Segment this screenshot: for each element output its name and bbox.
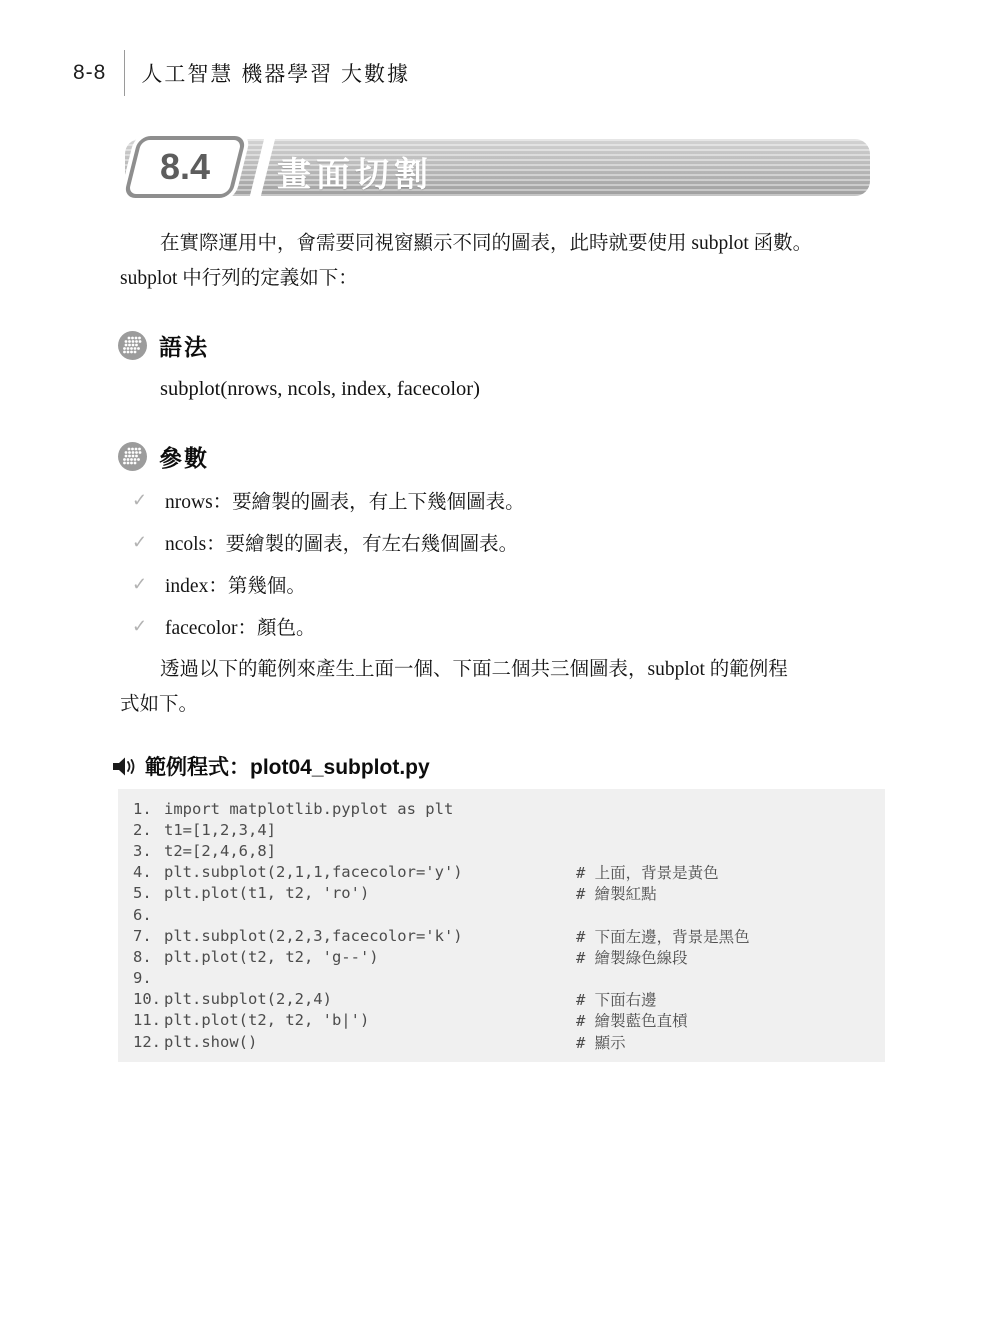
code-comment: # 上面，背景是黃色 [576,861,719,883]
code-comment: # 下面右邊 [576,988,657,1010]
code-line: 10. plt.subplot(2,2,4) # 下面右邊 [118,989,885,1010]
code-line-number: 7. [118,927,164,945]
code-line: 6. [118,904,885,925]
code-line-number: 8. [118,948,164,966]
code-line-number: 5. [118,884,164,902]
code-line-number: 11. [118,1011,164,1029]
param-text: facecolor：顏色。 [165,612,316,640]
param-text: index：第幾個。 [165,570,306,598]
code-line-number: 4. [118,863,164,881]
book-title: 人工智慧 機器學習 大數據 [141,58,410,88]
scroll-dots-icon [117,330,148,361]
code-line-number: 2. [118,821,164,839]
code-text: plt.subplot(2,1,1,facecolor='y') [164,863,463,881]
section-banner-slash [249,136,276,199]
example-label-text: 範例程式：plot04_subplot.py [145,751,430,781]
check-icon: ✓ [132,490,165,511]
code-text: plt.show() [164,1033,257,1051]
section-banner: 8.4 畫面切割 [125,139,870,196]
syntax-heading: 語法 [117,329,209,362]
paragraph-line: 在實際運用中，會需要同視窗顯示不同的圖表，此時就要使用 subplot 函數。 [120,226,892,261]
section-number: 8.4 [160,146,210,188]
code-line-number: 1. [118,800,164,818]
header-divider [124,50,125,96]
code-text: plt.plot(t2, t2, 'b|') [164,1011,369,1029]
check-icon: ✓ [132,574,165,595]
code-line: 11. plt.plot(t2, t2, 'b|') # 繪製藍色直槓 [118,1010,885,1031]
param-text: nrows：要繪製的圖表，有上下幾個圖表。 [165,486,525,514]
code-comment: # 繪製藍色直槓 [576,1009,688,1031]
code-line-number: 12. [118,1033,164,1051]
scroll-dots-icon [117,441,148,472]
params-list: ✓ nrows：要繪製的圖表，有上下幾個圖表。 ✓ ncols：要繪製的圖表，有… [132,479,525,647]
paragraph-line: 透過以下的範例來產生上面一個、下面二個共三個圖表，subplot 的範例程 [120,652,892,687]
code-line-number: 6. [118,906,164,924]
section-title: 畫面切割 [277,147,433,196]
params-heading: 參數 [117,440,209,473]
page-header: 8-8 人工智慧 機器學習 大數據 [73,50,410,96]
code-text: plt.subplot(2,2,3,facecolor='k') [164,927,463,945]
paragraph-line: 式如下。 [120,687,892,722]
param-item: ✓ nrows：要繪製的圖表，有上下幾個圖表。 [132,479,525,521]
code-comment: # 顯示 [576,1031,626,1053]
syntax-signature: subplot(nrows, ncols, index, facecolor) [160,378,480,401]
code-text: t1=[1,2,3,4] [164,821,276,839]
code-text: t2=[2,4,6,8] [164,842,276,860]
code-text: plt.subplot(2,2,4) [164,990,332,1008]
code-block: 1. import matplotlib.pyplot as plt 2. t1… [118,789,885,1062]
example-program-label: 範例程式：plot04_subplot.py [112,751,430,781]
paragraph-line: subplot 中行列的定義如下： [120,261,892,296]
param-item: ✓ index：第幾個。 [132,563,525,605]
params-heading-label: 參數 [159,440,209,473]
code-line-number: 3. [118,842,164,860]
code-line-number: 9. [118,969,164,987]
syntax-heading-label: 語法 [159,329,209,362]
code-line: 12. plt.show() # 顯示 [118,1031,885,1052]
code-comment: # 繪製綠色線段 [576,946,688,968]
book-page: { "page": { "number": "8-8", "book_title… [0,0,1000,1341]
param-item: ✓ facecolor：顏色。 [132,605,525,647]
code-line: 5. plt.plot(t1, t2, 'ro') # 繪製紅點 [118,883,885,904]
code-comment: # 下面左邊，背景是黑色 [576,925,750,947]
code-line: 4. plt.subplot(2,1,1,facecolor='y') # 上面… [118,862,885,883]
page-number: 8-8 [73,61,106,85]
code-line-number: 10. [118,990,164,1008]
code-text: import matplotlib.pyplot as plt [164,800,453,818]
check-icon: ✓ [132,532,165,553]
code-line: 7. plt.subplot(2,2,3,facecolor='k') # 下面… [118,925,885,946]
code-line: 2. t1=[1,2,3,4] [118,819,885,840]
code-comment: # 繪製紅點 [576,882,657,904]
param-text: ncols：要繪製的圖表，有左右幾個圖表。 [165,528,518,556]
closing-paragraph: 透過以下的範例來產生上面一個、下面二個共三個圖表，subplot 的範例程 式如… [120,652,892,722]
code-line: 9. [118,968,885,989]
code-text: plt.plot(t2, t2, 'g--') [164,948,379,966]
param-item: ✓ ncols：要繪製的圖表，有左右幾個圖表。 [132,521,525,563]
intro-paragraph: 在實際運用中，會需要同視窗顯示不同的圖表，此時就要使用 subplot 函數。 … [120,226,892,296]
code-line: 8. plt.plot(t2, t2, 'g--') # 繪製綠色線段 [118,946,885,967]
code-line: 1. import matplotlib.pyplot as plt [118,798,885,819]
code-text: plt.plot(t1, t2, 'ro') [164,884,369,902]
code-line: 3. t2=[2,4,6,8] [118,840,885,861]
speaker-icon [112,755,137,778]
section-number-tab: 8.4 [123,136,246,198]
check-icon: ✓ [132,616,165,637]
